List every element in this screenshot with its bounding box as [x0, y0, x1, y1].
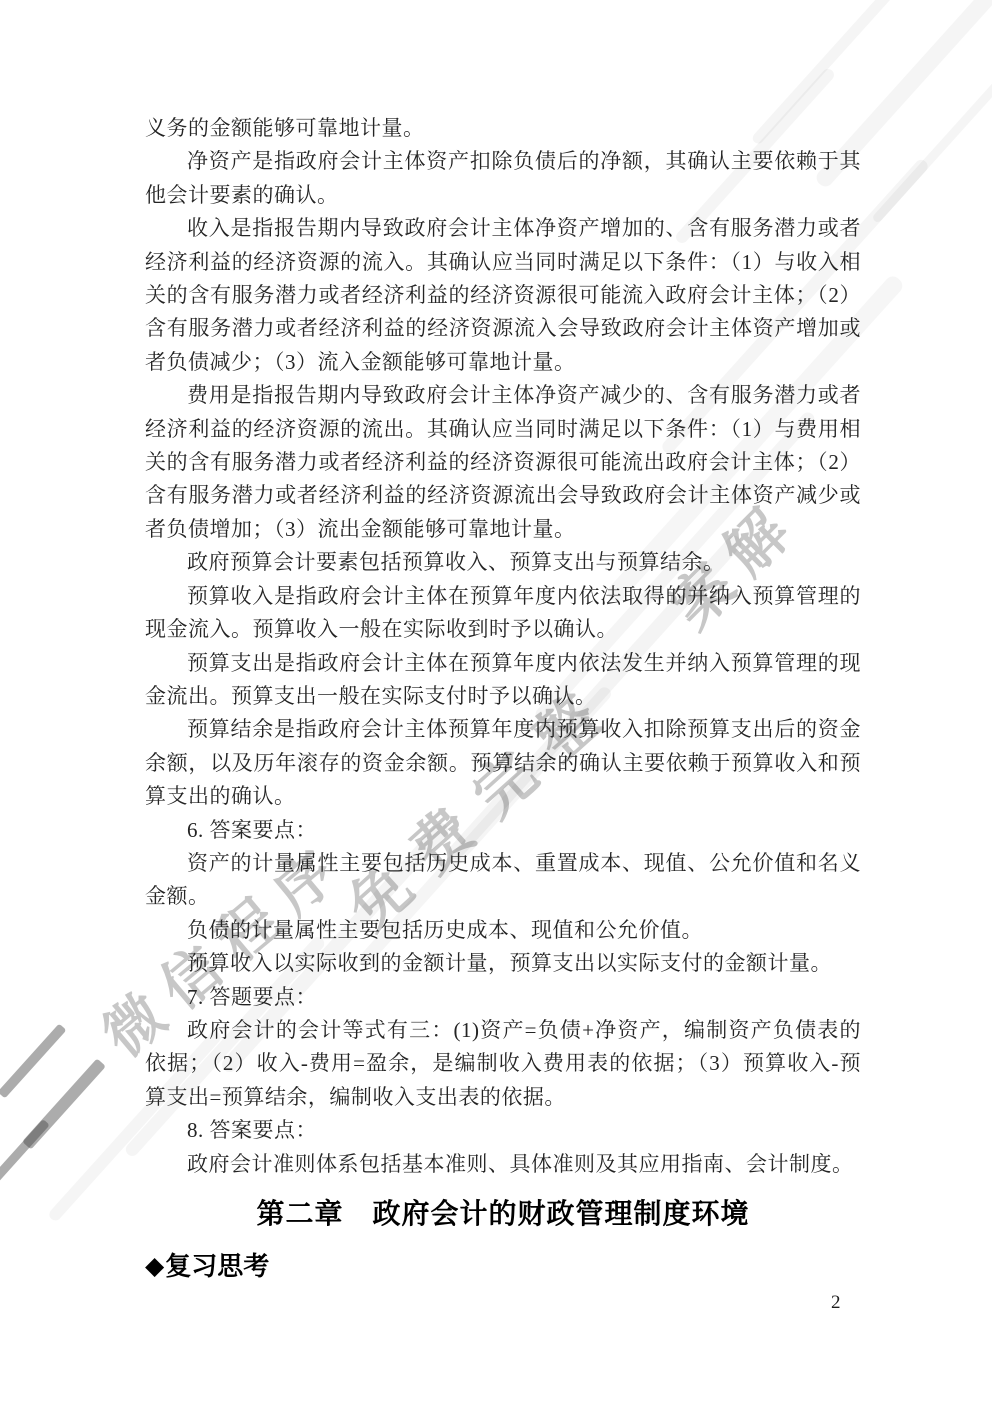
- answer-item-8-label: 8. 答案要点：: [145, 1114, 861, 1147]
- scan-mark: [22, 1058, 106, 1149]
- scan-mark: [0, 1119, 50, 1186]
- paragraph-expense: 费用是指报告期内导致政府会计主体净资产减少的、含有服务潜力或者经济利益的经济资源…: [145, 379, 861, 546]
- page-number: 2: [831, 1292, 841, 1314]
- answer-item-7-label: 7. 答题要点：: [145, 981, 861, 1014]
- answer-item-8-standards: 政府会计准则体系包括基本准则、具体准则及其应用指南、会计制度。: [145, 1148, 861, 1181]
- answer-item-7-equations: 政府会计的会计等式有三：(1)资产=负债+净资产，编制资产负债表的依据；（2）收…: [145, 1014, 861, 1114]
- scan-streak: [871, 17, 992, 224]
- diamond-icon: ◆: [145, 1249, 164, 1285]
- review-section-label: 复习思考: [165, 1249, 269, 1285]
- scan-mark: [0, 1023, 66, 1098]
- paragraph-continuation: 义务的金额能够可靠地计量。: [145, 112, 861, 145]
- page-content: 义务的金额能够可靠地计量。 净资产是指政府会计主体资产扣除负债后的净额，其确认主…: [145, 112, 861, 1285]
- answer-item-6-budget: 预算收入以实际收到的金额计量，预算支出以实际支付的金额计量。: [145, 947, 861, 980]
- answer-item-6-liabilities: 负债的计量属性主要包括历史成本、现值和公允价值。: [145, 914, 861, 947]
- paragraph-budget-revenue: 预算收入是指政府会计主体在预算年度内依法取得的并纳入预算管理的现金流入。预算收入…: [145, 580, 861, 647]
- document-page: 微信程序 免费完整 案解 义务的金额能够可靠地计量。 净资产是指政府会计主体资产…: [0, 0, 992, 1403]
- chapter-heading: 第二章 政府会计的财政管理制度环境: [145, 1194, 861, 1234]
- answer-item-6-label: 6. 答案要点：: [145, 814, 861, 847]
- paragraph-budget-expenditure: 预算支出是指政府会计主体在预算年度内依法发生并纳入预算管理的现金流出。预算支出一…: [145, 647, 861, 714]
- answer-item-6-assets: 资产的计量属性主要包括历史成本、重置成本、现值、公允价值和名义金额。: [145, 847, 861, 914]
- paragraph-net-assets: 净资产是指政府会计主体资产扣除负债后的净额，其确认主要依赖于其他会计要素的确认。: [145, 145, 861, 212]
- review-section-heading: ◆ 复习思考: [145, 1249, 861, 1285]
- paragraph-revenue: 收入是指报告期内导致政府会计主体净资产增加的、含有服务潜力或者经济利益的经济资源…: [145, 212, 861, 379]
- paragraph-budget-elements: 政府预算会计要素包括预算收入、预算支出与预算结余。: [145, 546, 861, 579]
- paragraph-budget-surplus: 预算结余是指政府会计主体预算年度内预算收入扣除预算支出后的资金余额，以及历年滚存…: [145, 713, 861, 813]
